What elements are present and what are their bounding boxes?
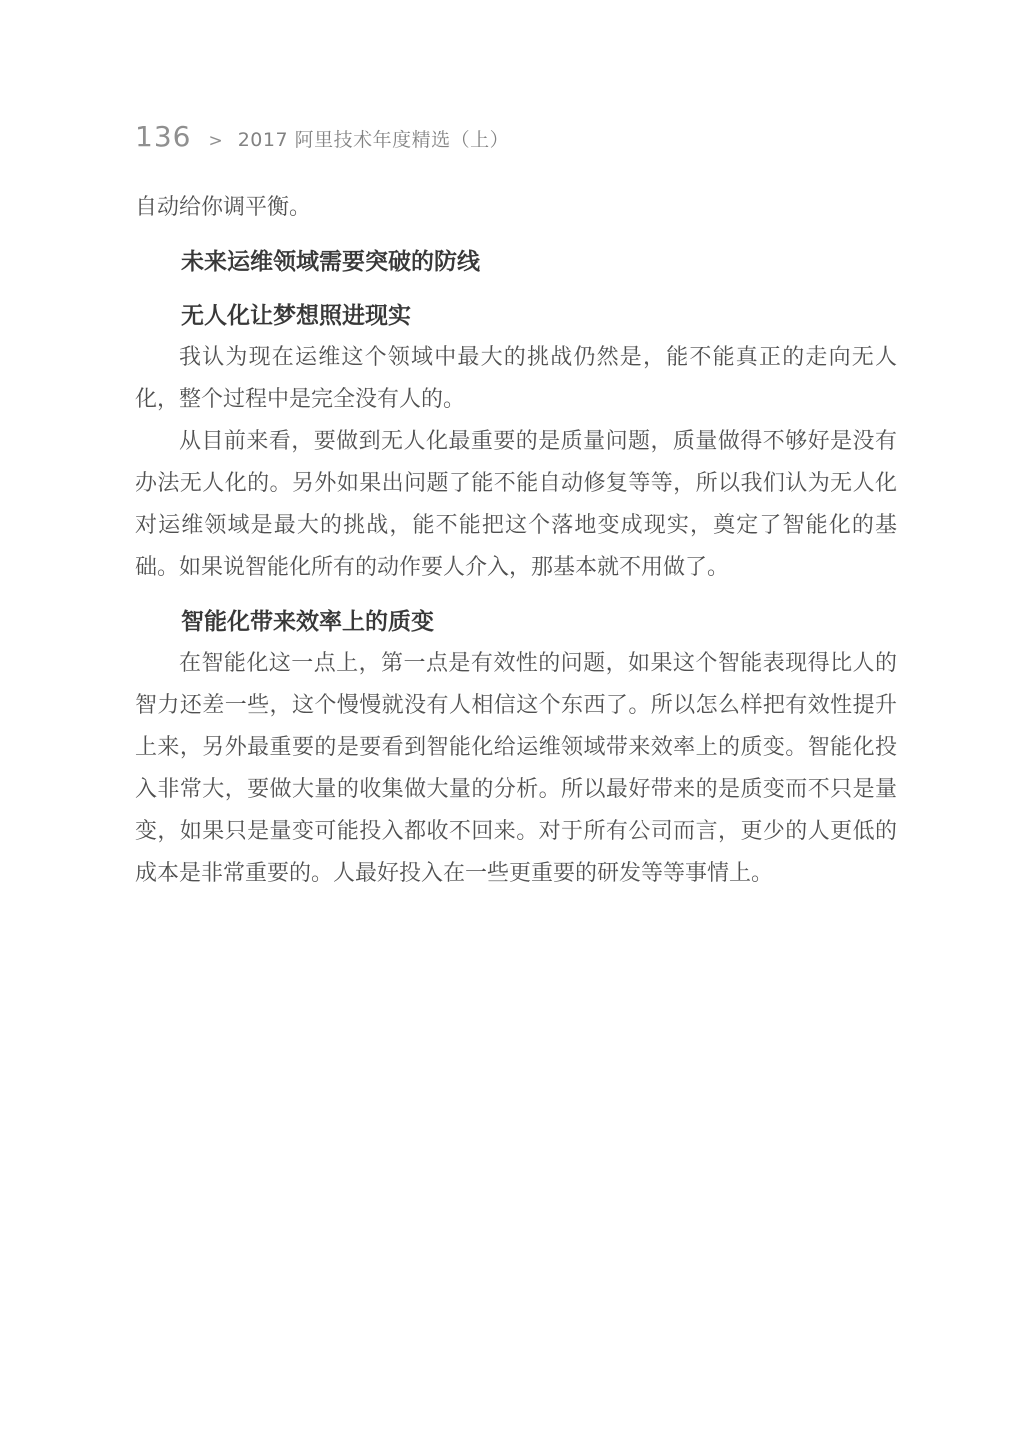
header-separator-icon: > (208, 131, 222, 151)
book-title: 2017 阿里技术年度精选（上） (238, 125, 509, 152)
section-heading: 未来运维领域需要突破的防线 (135, 241, 897, 283)
page-content: 自动给你调平衡。未来运维领域需要突破的防线无人化让梦想照进现实我认为现在运维这个… (135, 187, 897, 895)
section-heading: 智能化带来效率上的质变 (135, 601, 897, 643)
body-paragraph: 从目前来看，要做到无人化最重要的是质量问题，质量做得不够好是没有办法无人化的。另… (135, 421, 897, 589)
page-header: 136 > 2017 阿里技术年度精选（上） (135, 120, 897, 153)
section-heading: 无人化让梦想照进现实 (135, 295, 897, 337)
body-paragraph: 自动给你调平衡。 (135, 187, 897, 229)
page-number: 136 (135, 120, 191, 153)
body-paragraph: 我认为现在运维这个领域中最大的挑战仍然是，能不能真正的走向无人化，整个过程中是完… (135, 337, 897, 421)
body-paragraph: 在智能化这一点上，第一点是有效性的问题，如果这个智能表现得比人的智力还差一些，这… (135, 643, 897, 895)
book-page: 136 > 2017 阿里技术年度精选（上） 自动给你调平衡。未来运维领域需要突… (0, 0, 1031, 1440)
